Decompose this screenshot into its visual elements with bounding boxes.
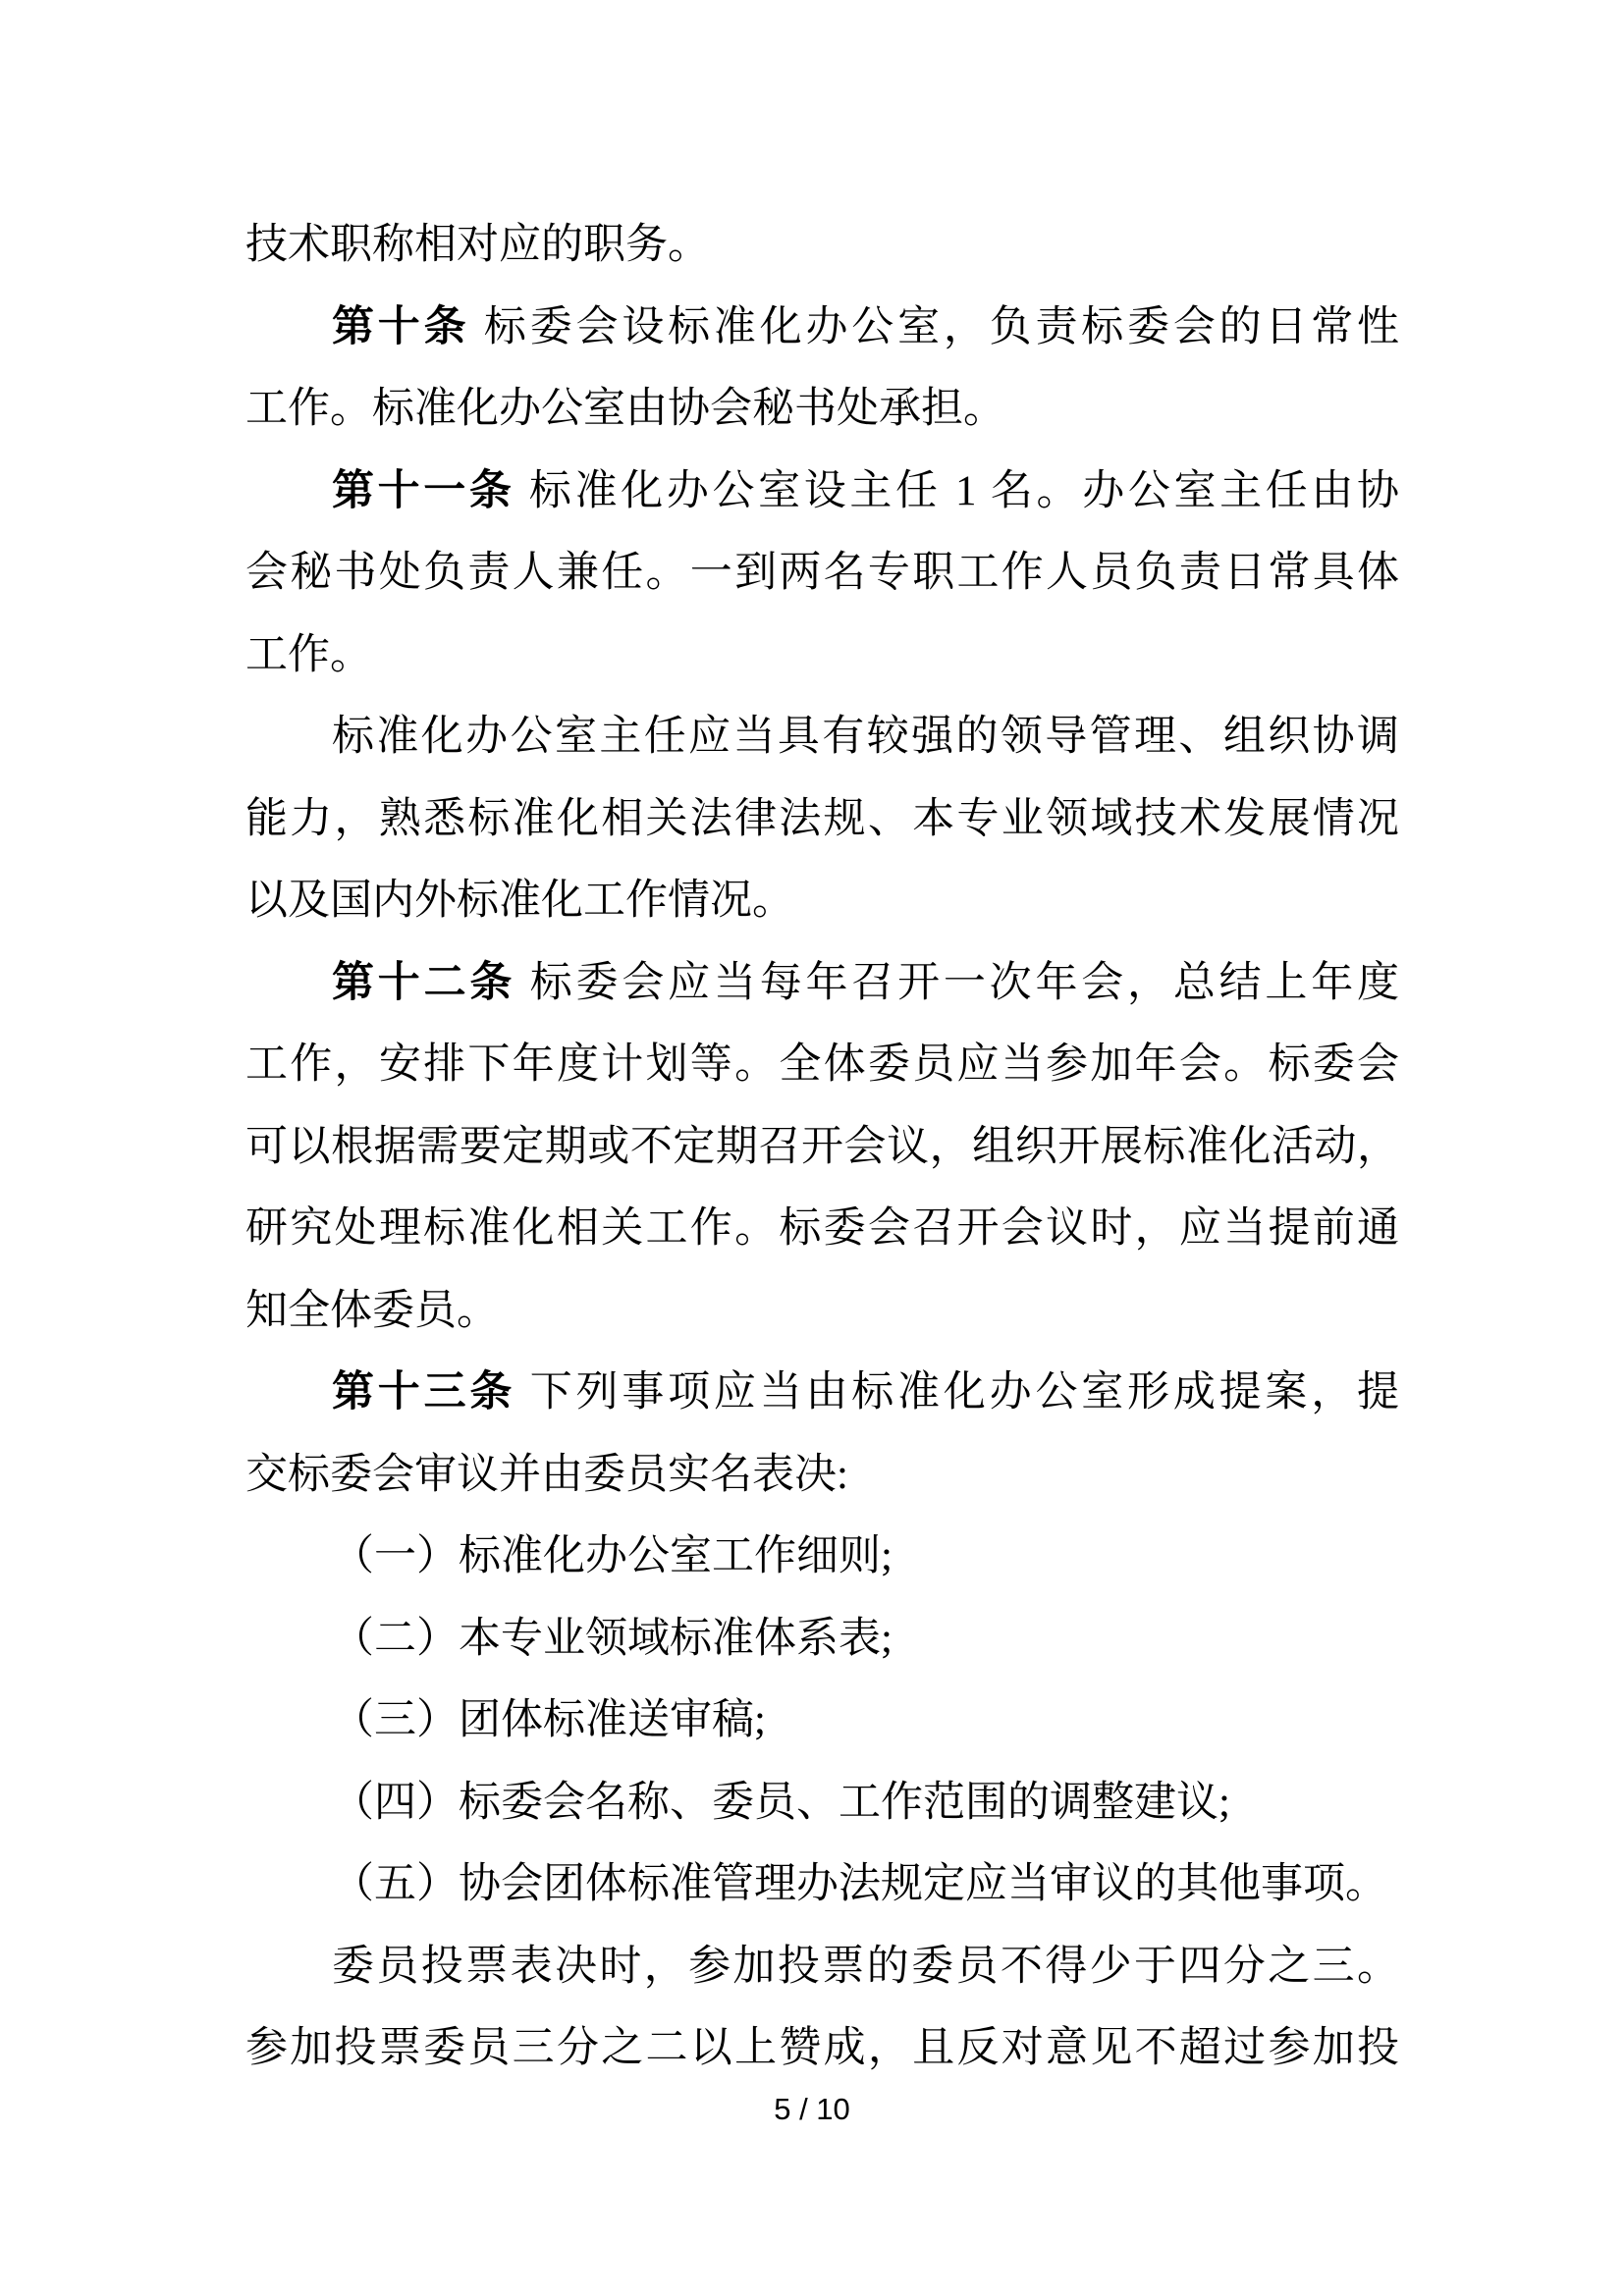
text-line-5: 会秘书处负责人兼任。一到两名专职工作人员负责日常具体 bbox=[245, 532, 1399, 614]
text-segment: 参加投票委员三分之二以上赞成，且反对意见不超过参加投 bbox=[245, 2025, 1399, 2071]
text-segment: 工作。标准化办公室由协会秘书处承担。 bbox=[245, 386, 1005, 432]
text-line-19: （三）团体标准送审稿; bbox=[245, 1680, 1399, 1762]
text-segment: （一）标准化办公室工作细则; bbox=[332, 1533, 893, 1579]
text-line-2: 第十条 标委会设标准化办公室，负责标委会的日常性 bbox=[245, 287, 1399, 369]
article-heading: 第十一条 bbox=[332, 467, 515, 514]
article-heading: 第十三条 bbox=[332, 1368, 515, 1415]
text-line-23: 参加投票委员三分之二以上赞成，且反对意见不超过参加投 bbox=[245, 2007, 1399, 2090]
text-line-1: 技术职称相对应的职务。 bbox=[245, 204, 1399, 287]
page-number: 5 / 10 bbox=[0, 2087, 1624, 2132]
text-line-7: 标准化办公室主任应当具有较强的领导管理、组织协调 bbox=[245, 696, 1399, 778]
text-segment: 知全体委员。 bbox=[245, 1288, 499, 1334]
text-segment: （二）本专业领域标准体系表; bbox=[332, 1616, 893, 1662]
document-page: 技术职称相对应的职务。第十条 标委会设标准化办公室，负责标委会的日常性工作。标准… bbox=[0, 0, 1624, 2296]
text-segment: 委员投票表决时，参加投票的委员不得少于四分之三。 bbox=[332, 1944, 1399, 1990]
text-line-15: 第十三条 下列事项应当由标准化办公室形成提案，提 bbox=[245, 1352, 1399, 1434]
text-line-6: 工作。 bbox=[245, 614, 1399, 697]
text-segment: （四）标委会名称、委员、工作范围的调整建议; bbox=[332, 1780, 1230, 1826]
text-segment: 技术职称相对应的职务。 bbox=[245, 222, 710, 268]
document-body: 技术职称相对应的职务。第十条 标委会设标准化办公室，负责标委会的日常性工作。标准… bbox=[245, 204, 1399, 2090]
text-segment: 交标委会审议并由委员实名表决: bbox=[245, 1452, 848, 1498]
text-line-9: 以及国内外标准化工作情况。 bbox=[245, 860, 1399, 942]
text-segment: 会秘书处负责人兼任。一到两名专职工作人员负责日常具体 bbox=[245, 550, 1399, 596]
text-segment: 标准化办公室主任应当具有较强的领导管理、组织协调 bbox=[332, 714, 1399, 760]
text-segment: 研究处理标准化相关工作。标委会召开会议时，应当提前通 bbox=[245, 1205, 1399, 1252]
text-segment: 工作。 bbox=[245, 632, 372, 678]
text-segment: 标委会设标准化办公室，负责标委会的日常性 bbox=[469, 304, 1399, 350]
text-segment: （五）协会团体标准管理办法规定应当审议的其他事项。 bbox=[332, 1861, 1387, 1907]
text-segment: （三）团体标准送审稿; bbox=[332, 1697, 766, 1743]
text-segment: 下列事项应当由标准化办公室形成提案，提 bbox=[515, 1369, 1399, 1415]
text-segment: 能力，熟悉标准化相关法律法规、本专业领域技术发展情况 bbox=[245, 796, 1399, 842]
article-heading: 第十条 bbox=[332, 303, 469, 350]
text-segment: 以及国内外标准化工作情况。 bbox=[245, 878, 794, 924]
text-segment: 标委会应当每年召开一次年会，总结上年度 bbox=[515, 960, 1399, 1006]
text-segment: 工作，安排下年度计划等。全体委员应当参加年会。标委会 bbox=[245, 1041, 1399, 1088]
text-line-16: 交标委会审议并由委员实名表决: bbox=[245, 1434, 1399, 1517]
text-segment: 可以根据需要定期或不定期召开会议，组织开展标准化活动， bbox=[245, 1124, 1399, 1170]
text-line-8: 能力，熟悉标准化相关法律法规、本专业领域技术发展情况 bbox=[245, 778, 1399, 861]
text-line-20: （四）标委会名称、委员、工作范围的调整建议; bbox=[245, 1762, 1399, 1844]
text-line-22: 委员投票表决时，参加投票的委员不得少于四分之三。 bbox=[245, 1926, 1399, 2008]
article-heading: 第十二条 bbox=[332, 959, 515, 1006]
text-line-10: 第十二条 标委会应当每年召开一次年会，总结上年度 bbox=[245, 942, 1399, 1025]
text-line-21: （五）协会团体标准管理办法规定应当审议的其他事项。 bbox=[245, 1843, 1399, 1926]
text-line-12: 可以根据需要定期或不定期召开会议，组织开展标准化活动， bbox=[245, 1106, 1399, 1189]
text-line-14: 知全体委员。 bbox=[245, 1270, 1399, 1353]
text-line-3: 工作。标准化办公室由协会秘书处承担。 bbox=[245, 368, 1399, 451]
text-line-18: （二）本专业领域标准体系表; bbox=[245, 1598, 1399, 1681]
text-line-13: 研究处理标准化相关工作。标委会召开会议时，应当提前通 bbox=[245, 1188, 1399, 1270]
text-line-17: （一）标准化办公室工作细则; bbox=[245, 1516, 1399, 1598]
text-segment: 标准化办公室设主任 1 名。办公室主任由协 bbox=[515, 468, 1399, 514]
text-line-11: 工作，安排下年度计划等。全体委员应当参加年会。标委会 bbox=[245, 1024, 1399, 1106]
text-line-4: 第十一条 标准化办公室设主任 1 名。办公室主任由协 bbox=[245, 451, 1399, 533]
